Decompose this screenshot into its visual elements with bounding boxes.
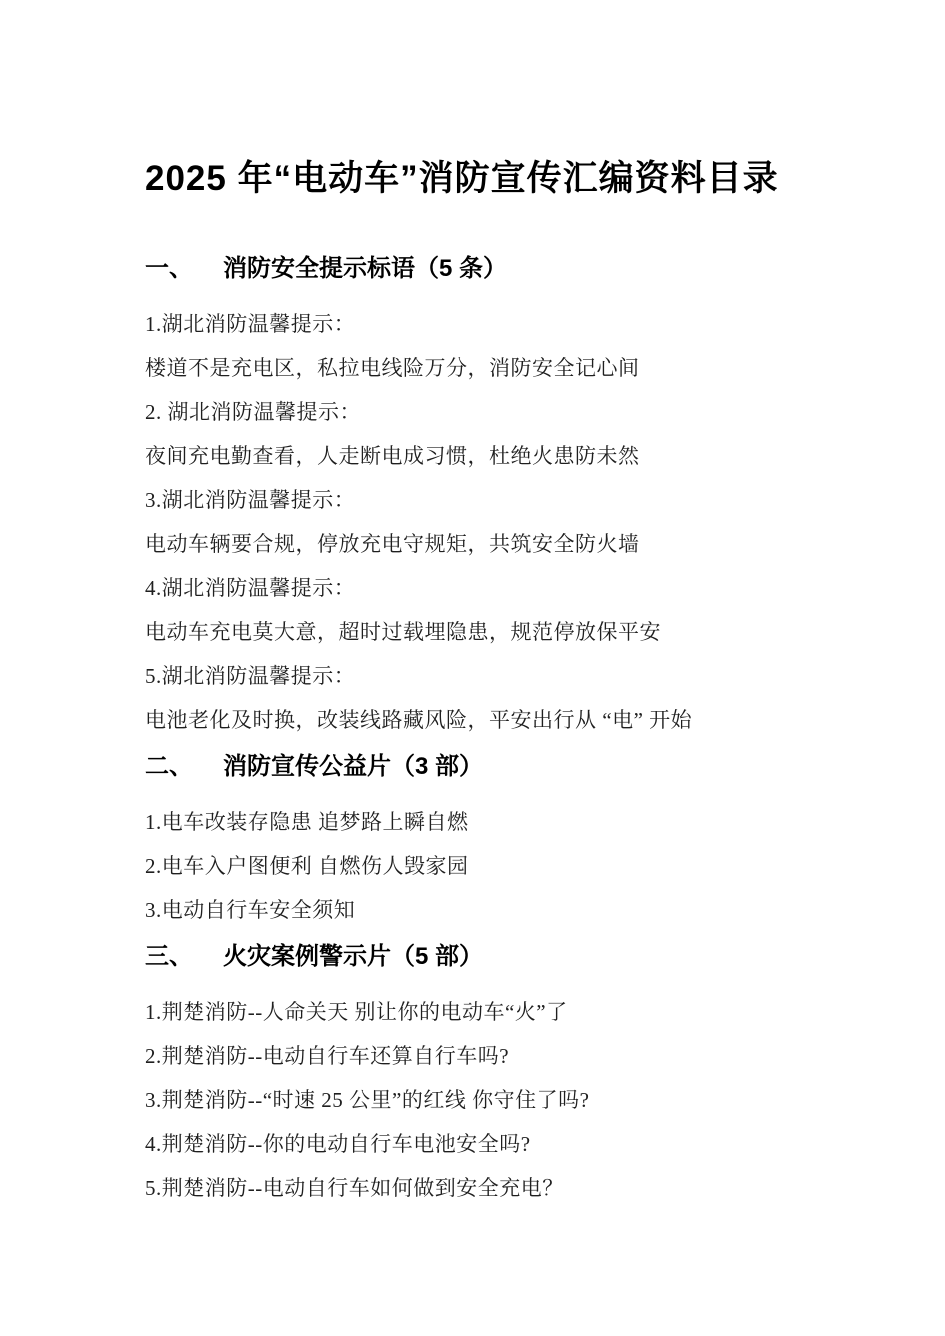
list-item: 3.电动自行车安全须知 bbox=[145, 897, 805, 923]
list-item: 4.荆楚消防--你的电动自行车电池安全吗? bbox=[145, 1131, 805, 1157]
section-heading-text: 消防宣传公益片（3 部） bbox=[223, 753, 483, 780]
section-number: 一、 bbox=[145, 253, 193, 285]
list-item: 2.荆楚消防--电动自行车还算自行车吗? bbox=[145, 1043, 805, 1069]
list-item: 2.电车入户图便利 自燃伤人毁家园 bbox=[145, 853, 805, 879]
section-heading-text: 火灾案例警示片（5 部） bbox=[223, 943, 483, 970]
list-item: 3.荆楚消防--“时速 25 公里”的红线 你守住了吗? bbox=[145, 1087, 805, 1113]
list-item: 5.湖北消防温馨提示： bbox=[145, 663, 805, 689]
section-heading-1: 一、消防安全提示标语（5 条） bbox=[145, 253, 805, 285]
section-number: 三、 bbox=[145, 941, 193, 973]
list-item: 3.湖北消防温馨提示： bbox=[145, 487, 805, 513]
list-item: 电池老化及时换，改装线路藏风险，平安出行从 “电” 开始 bbox=[145, 707, 805, 733]
list-item: 2. 湖北消防温馨提示： bbox=[145, 399, 805, 425]
list-item: 5.荆楚消防--电动自行车如何做到安全充电？ bbox=[145, 1175, 805, 1201]
list-item: 电动车充电莫大意，超时过载埋隐患，规范停放保平安 bbox=[145, 619, 805, 645]
section-heading-2: 二、消防宣传公益片（3 部） bbox=[145, 751, 805, 783]
list-item: 1.荆楚消防--人命关天 别让你的电动车“火”了 bbox=[145, 999, 805, 1025]
section-heading-text: 消防安全提示标语（5 条） bbox=[223, 255, 507, 282]
document-page: 2025 年“电动车”消防宣传汇编资料目录 一、消防安全提示标语（5 条） 1.… bbox=[0, 0, 945, 1336]
list-item: 夜间充电勤查看，人走断电成习惯，杜绝火患防未然 bbox=[145, 443, 805, 469]
list-item: 电动车辆要合规，停放充电守规矩，共筑安全防火墙 bbox=[145, 531, 805, 557]
document-title: 2025 年“电动车”消防宣传汇编资料目录 bbox=[145, 157, 805, 201]
section-heading-3: 三、火灾案例警示片（5 部） bbox=[145, 941, 805, 973]
list-item: 楼道不是充电区，私拉电线险万分，消防安全记心间 bbox=[145, 355, 805, 381]
list-item: 4.湖北消防温馨提示： bbox=[145, 575, 805, 601]
list-item: 1.电车改装存隐患 追梦路上瞬自燃 bbox=[145, 809, 805, 835]
list-item: 1.湖北消防温馨提示： bbox=[145, 311, 805, 337]
section-number: 二、 bbox=[145, 751, 193, 783]
